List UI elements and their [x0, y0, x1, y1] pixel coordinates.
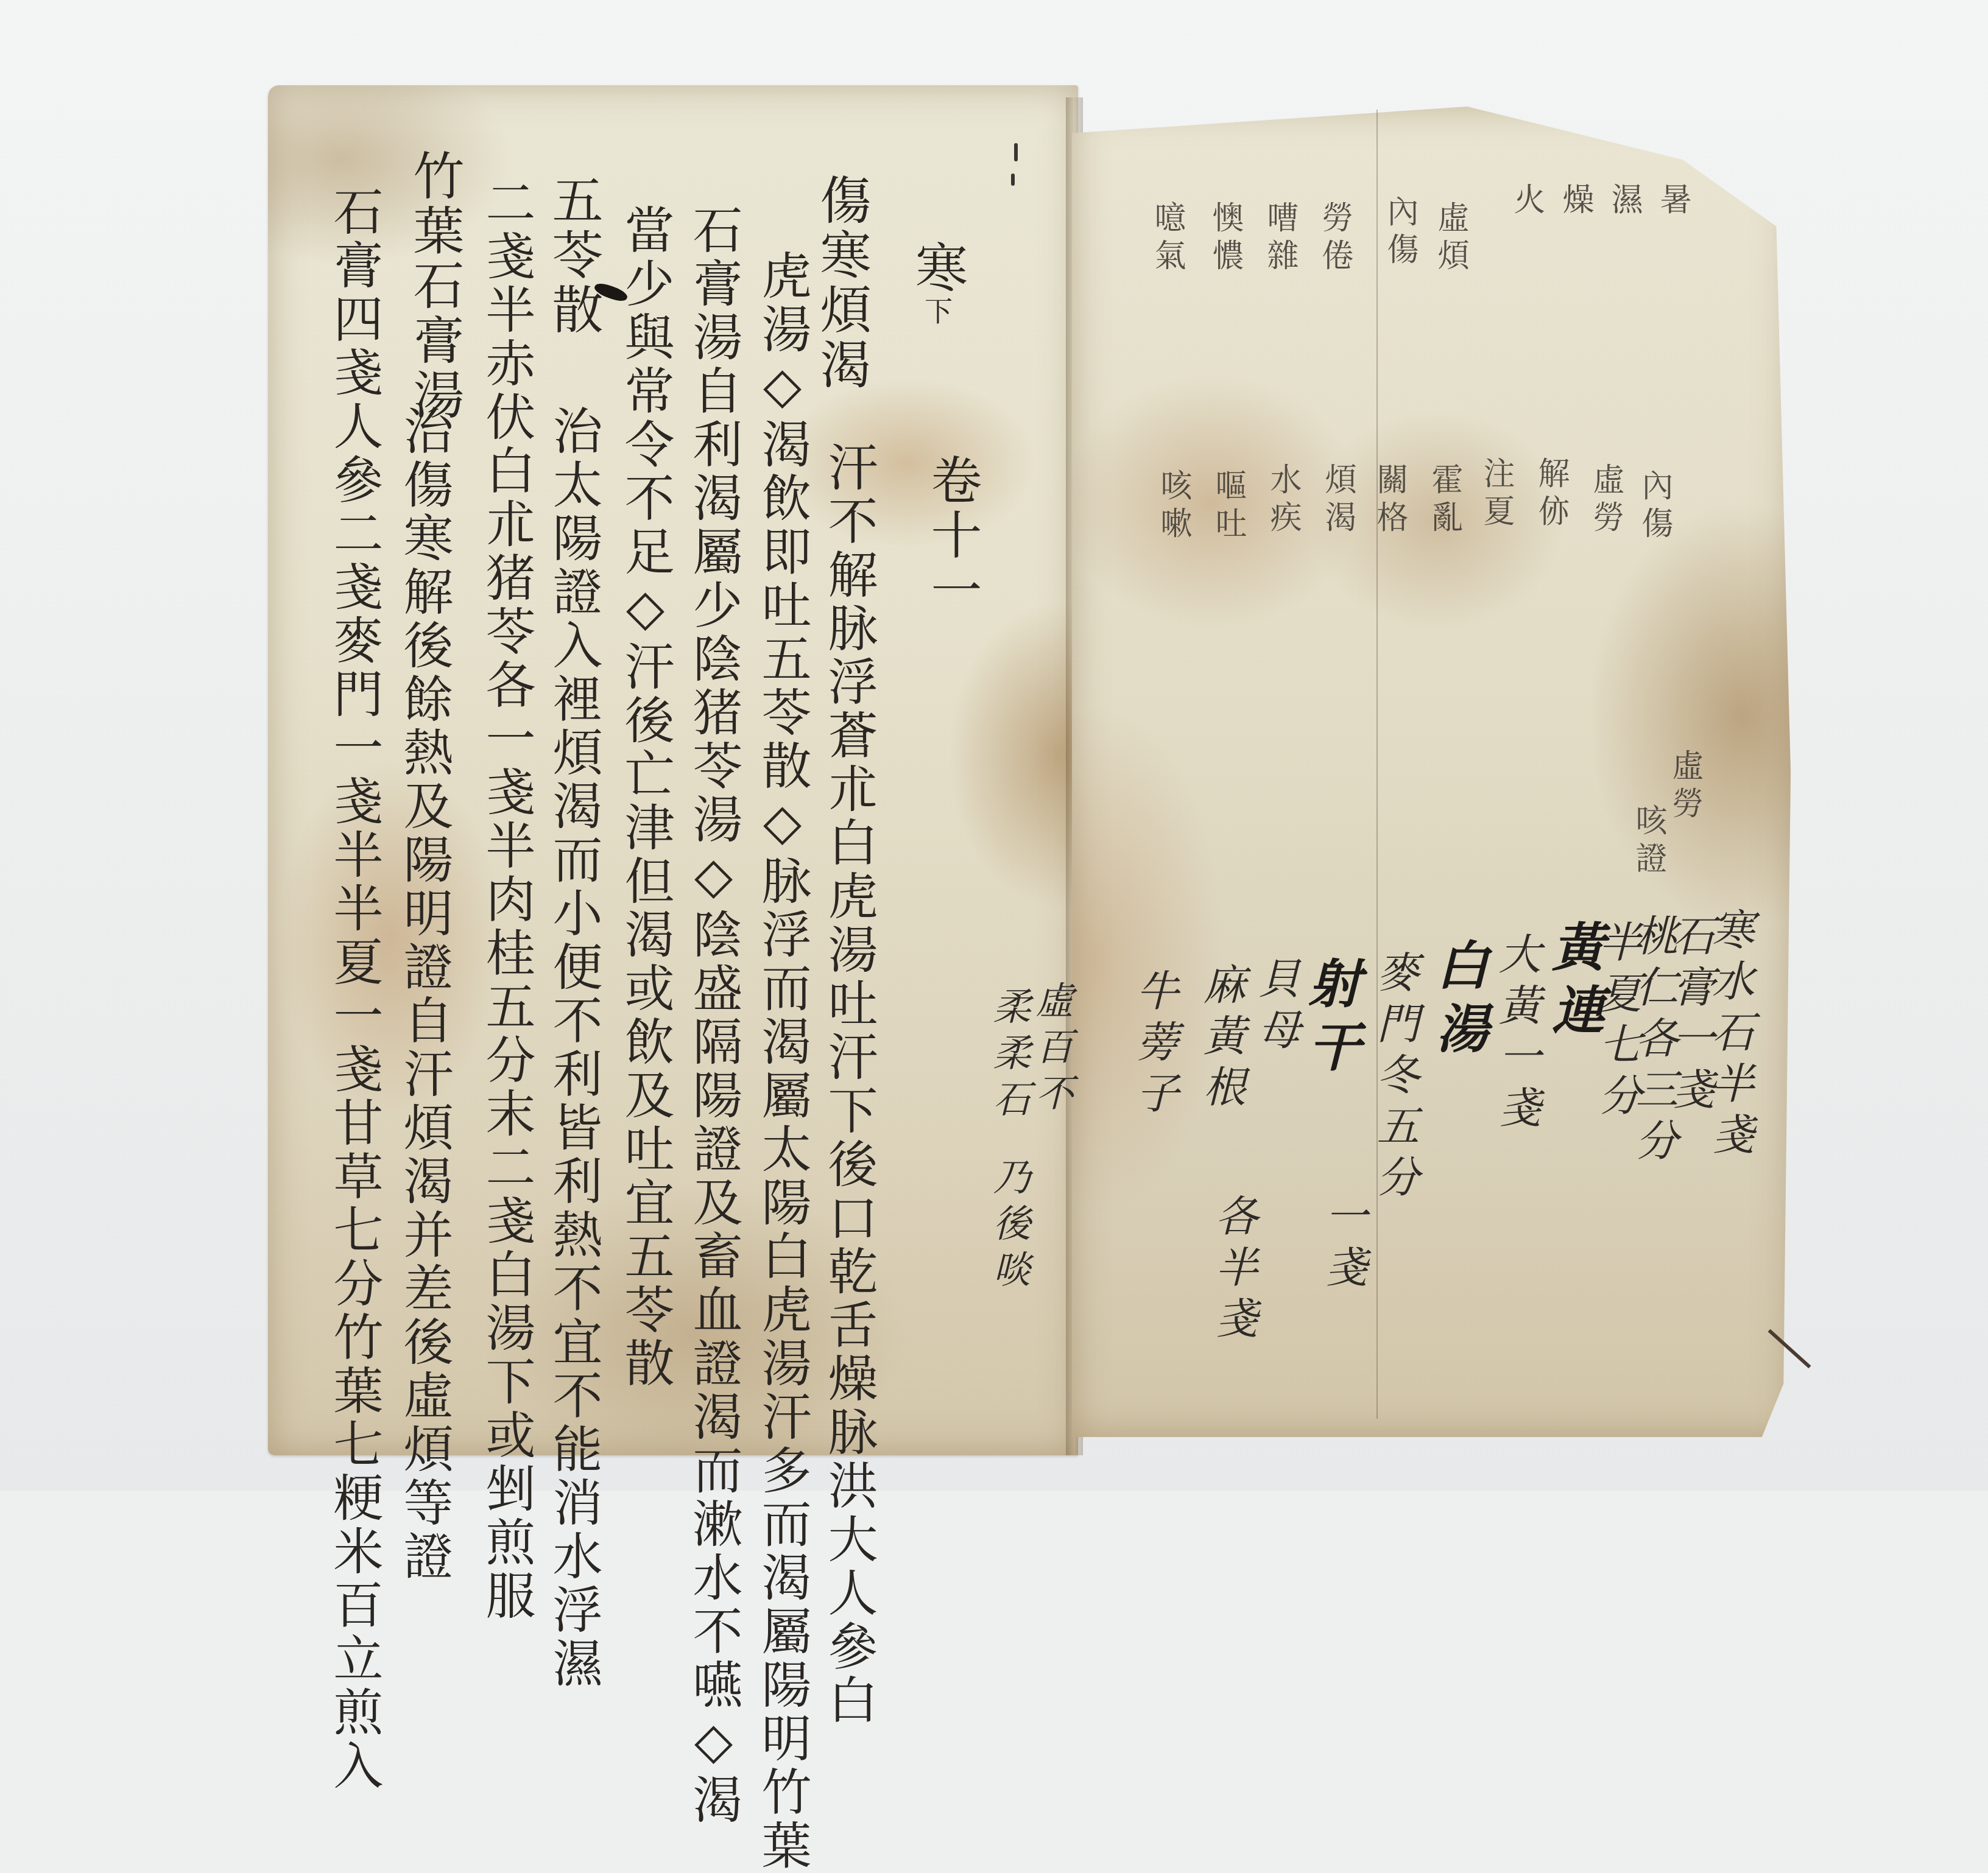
handwritten-note: 各半戔 — [1212, 1193, 1255, 1347]
index-item: 關格 — [1373, 463, 1405, 538]
margin-note: 虛百不 — [1032, 980, 1070, 1119]
text-column-6: 二戔半赤伏白朮猪苓各一戔半肉桂五分末二戔白湯下或剉煎服 — [481, 177, 531, 1491]
index-item: 嘈雜 — [1264, 201, 1295, 276]
index-item: 虛勞 — [1590, 463, 1621, 538]
tick-mark — [1011, 174, 1015, 186]
margin-note: 柔柔石 — [990, 986, 1027, 1125]
index-item: 水疾 — [1267, 463, 1299, 538]
index-item: 內傷 — [1384, 195, 1415, 270]
index-item: 霍亂 — [1428, 463, 1460, 538]
handwritten-note-bold: 黃連 — [1547, 919, 1599, 1046]
formula-heading-zhuye: 竹葉石膏湯 — [409, 149, 460, 423]
index-item: 勞倦 — [1319, 201, 1350, 276]
chapter-label: 寒下 — [911, 241, 963, 328]
text-column-4: 當少與常令不足◇汗後亡津但渴或飲及吐宜五苓散 — [620, 204, 670, 1391]
section-title: 傷寒煩渴 — [816, 174, 867, 393]
index-item: 嘔吐 — [1212, 469, 1244, 544]
handwritten-note: 麥門冬五分 — [1373, 950, 1416, 1206]
chapter-subscript: 下 — [920, 297, 953, 328]
index-item: 暑 — [1657, 183, 1688, 220]
handwritten-note-bold: 射干 — [1303, 956, 1356, 1083]
handwritten-note: 大黃一戔 — [1495, 932, 1538, 1136]
index-item: 濕 — [1608, 183, 1640, 220]
index-item: 注夏 — [1480, 457, 1512, 532]
index-item: 內傷 — [1638, 469, 1670, 544]
volume-label: 卷十一 — [927, 454, 978, 618]
formula-heading-wuling: 五苓散 — [548, 174, 599, 338]
index-item: 咳嗽 — [1157, 469, 1189, 544]
handwritten-note: 麻黃根 — [1200, 962, 1242, 1116]
index-item: 煩渴 — [1322, 463, 1353, 538]
handwritten-note-bold: 白湯 — [1431, 938, 1484, 1064]
index-item: 火 — [1510, 183, 1542, 220]
ruled-divider-line — [1376, 110, 1378, 1419]
text-column-8: 石膏四戔人參二戔麥門一戔半半夏一戔甘草七分竹葉七粳米百立煎入 — [329, 186, 379, 1491]
handwritten-note: 牛蒡子 — [1133, 968, 1176, 1122]
text-column-3: 石膏湯自利渴屬少陰猪苓湯◇陰盛隔陽證及畜血證渴而漱水不嚥◇渴 — [688, 204, 738, 1491]
chapter-char: 寒 — [906, 241, 967, 297]
handwritten-note: 貝母 — [1255, 956, 1297, 1058]
annotation-item: 咳證 — [1632, 804, 1664, 879]
handwritten-note: 一戔 — [1322, 1193, 1364, 1296]
tick-mark — [1014, 143, 1018, 161]
index-item: 燥 — [1559, 183, 1591, 220]
text-column-1: 汗不解脉浮蒼朮白虎湯吐汗下後口乾舌燥脉洪大人參白 — [823, 441, 873, 1491]
index-item: 解㑊 — [1535, 457, 1567, 532]
text-column-7: 治傷寒解後餘熱及陽明證自汗煩渴并差後虛煩等證 — [399, 405, 449, 1491]
index-item: 噫氣 — [1151, 201, 1183, 276]
margin-note: 乃後啖 — [990, 1157, 1027, 1296]
text-column-2: 虎湯◇渴飲即吐五苓散◇脉浮而渴屬太陽白虎湯汗多而渴屬陽明竹葉 — [757, 250, 807, 1491]
photo-background: 傷寒煩渴 寒下 卷十一 汗不解脉浮蒼朮白虎湯吐汗下後口乾舌燥脉洪大人參白 虎湯◇… — [0, 0, 1988, 1491]
index-item: 懊憹 — [1209, 201, 1241, 276]
annotation-item: 虛勞 — [1669, 749, 1701, 824]
text-column-5: 治太陽證入裡煩渴而小便不利皆利熱不宜不能消水浮濕 — [548, 405, 598, 1491]
index-item: 虛煩 — [1434, 201, 1466, 276]
